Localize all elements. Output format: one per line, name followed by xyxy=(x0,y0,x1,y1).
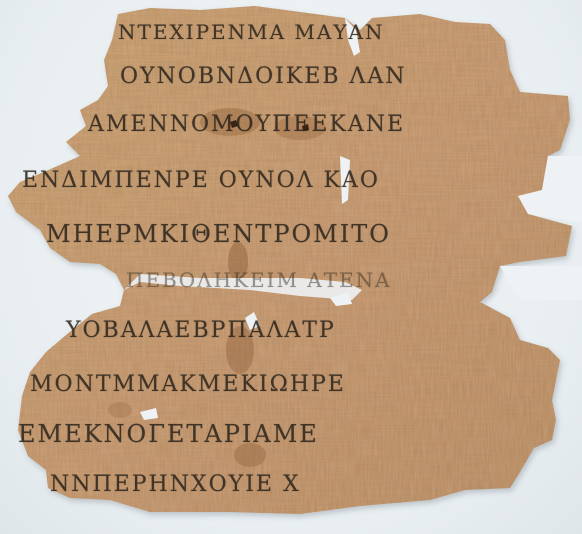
text-line: ΝΤΕΧΙΡΕΝΜΑ ΜΑΥΑΝ xyxy=(118,20,384,44)
text-line: ΥΟΒΑΛΑΕΒΡΠΑΛΑΤΡ xyxy=(66,318,336,343)
text-line: ΟΥΝΟΒΝΔΟΙΚΕΒ ΛΑΝ xyxy=(120,64,407,89)
text-line: ΝΝΠΕΡΗΝΧΟΥΙΕ Χ xyxy=(50,472,301,497)
text-line: ΜΟΝΤΜΜΑΚΜΕΚΙΩΗΡΕ xyxy=(30,372,346,397)
text-line: ΠΕΒΟΛΗΚΕΙΜ ΑΤΕΝΑ xyxy=(126,268,392,292)
text-line: ΜΗΕΡΜΚΙΘΕΝΤΡΟΜΙΤΟ xyxy=(46,220,391,248)
photo-scene: ΝΤΕΧΙΡΕΝΜΑ ΜΑΥΑΝ ΟΥΝΟΒΝΔΟΙΚΕΒ ΛΑΝ ΑΜΕΝΝΟ… xyxy=(0,0,582,534)
text-line: ΕΜΕΚΝΟΓΕΤΑΡΙΑΜΕ xyxy=(18,420,319,448)
text-line: ΑΜΕΝΝΟΜΟΥΠΕΕΚΑΝΕ xyxy=(88,112,405,137)
text-line: ΕΝΔΙΜΠΕΝΡΕ ΟΥΝΟΛ ΚΑΟ xyxy=(22,168,380,193)
